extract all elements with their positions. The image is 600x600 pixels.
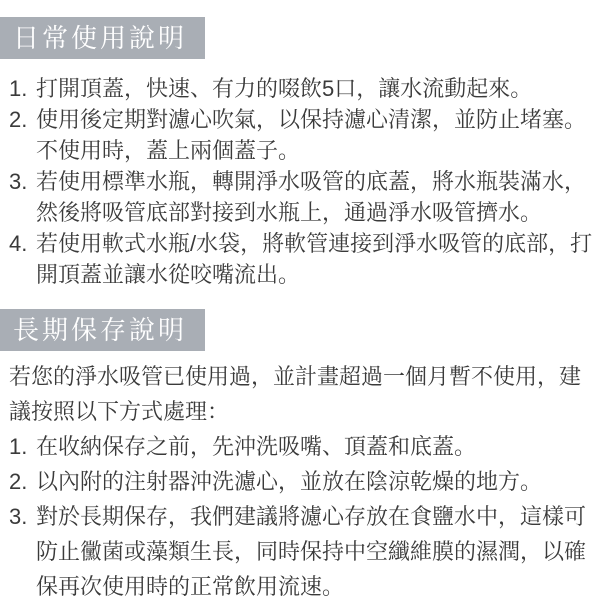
item-text-line: 打開頂蓋，快速、有力的啜飲5口，讓水流動起來。: [36, 73, 600, 104]
list-item: 1. 打開頂蓋，快速、有力的啜飲5口，讓水流動起來。: [0, 73, 600, 104]
intro-text-line: 議按照以下方式處理：: [9, 394, 600, 429]
item-text-line: 對於長期保存，我們建議將濾心存放在食鹽水中，這樣可: [36, 499, 600, 534]
section-title-daily-use: 日常使用說明: [0, 17, 205, 59]
section-daily-use: 日常使用說明 1. 打開頂蓋，快速、有力的啜飲5口，讓水流動起來。 2. 使用後…: [0, 17, 600, 290]
list-item: 2. 使用後定期對濾心吹氣，以保持濾心清潔，並防止堵塞。 不使用時，蓋上兩個蓋子…: [0, 104, 600, 166]
list-item: 1. 在收納保存之前，先沖洗吸嘴、頂蓋和底蓋。: [0, 429, 600, 464]
item-number: 2.: [9, 104, 36, 166]
item-number: 2.: [9, 464, 36, 499]
item-number: 4.: [9, 228, 36, 290]
item-number: 3.: [9, 166, 36, 228]
list-item: 3. 若使用標準水瓶，轉開淨水吸管的底蓋，將水瓶裝滿水， 然後將吸管底部對接到水…: [0, 166, 600, 228]
item-number: 1.: [9, 429, 36, 464]
instruction-sheet: 日常使用說明 1. 打開頂蓋，快速、有力的啜飲5口，讓水流動起來。 2. 使用後…: [0, 0, 600, 600]
list-item: 3. 對於長期保存，我們建議將濾心存放在食鹽水中，這樣可 防止黴菌或藻類生長，同…: [0, 499, 600, 600]
item-text-line: 在收納保存之前，先沖洗吸嘴、頂蓋和底蓋。: [36, 429, 600, 464]
item-text: 對於長期保存，我們建議將濾心存放在食鹽水中，這樣可 防止黴菌或藻類生長，同時保持…: [36, 499, 600, 600]
item-number: 1.: [9, 73, 36, 104]
item-text: 使用後定期對濾心吹氣，以保持濾心清潔，並防止堵塞。 不使用時，蓋上兩個蓋子。: [36, 104, 600, 166]
item-text: 若使用標準水瓶，轉開淨水吸管的底蓋，將水瓶裝滿水， 然後將吸管底部對接到水瓶上，…: [36, 166, 600, 228]
item-text-line: 保再次使用時的正常飲用流速。: [36, 569, 600, 600]
item-text: 在收納保存之前，先沖洗吸嘴、頂蓋和底蓋。: [36, 429, 600, 464]
item-text-line: 若使用軟式水瓶/水袋，將軟管連接到淨水吸管的底部，打: [36, 228, 600, 259]
item-text-line: 不使用時，蓋上兩個蓋子。: [36, 135, 600, 166]
item-text: 打開頂蓋，快速、有力的啜飲5口，讓水流動起來。: [36, 73, 600, 104]
daily-use-list: 1. 打開頂蓋，快速、有力的啜飲5口，讓水流動起來。 2. 使用後定期對濾心吹氣…: [0, 73, 600, 290]
item-text-line: 使用後定期對濾心吹氣，以保持濾心清潔，並防止堵塞。: [36, 104, 600, 135]
section-title-long-term-storage: 長期保存說明: [0, 309, 205, 351]
item-number: 3.: [9, 499, 36, 600]
list-item: 2. 以內附的注射器沖洗濾心，並放在陰涼乾燥的地方。: [0, 464, 600, 499]
item-text: 若使用軟式水瓶/水袋，將軟管連接到淨水吸管的底部，打 開頂蓋並讓水從咬嘴流出。: [36, 228, 600, 290]
section-long-term-storage: 長期保存說明 若您的淨水吸管已使用過，並計畫超過一個月暫不使用，建 議按照以下方…: [0, 309, 600, 600]
item-text-line: 開頂蓋並讓水從咬嘴流出。: [36, 259, 600, 290]
item-text-line: 防止黴菌或藻類生長，同時保持中空纖維膜的濕潤，以確: [36, 534, 600, 569]
item-text-line: 以內附的注射器沖洗濾心，並放在陰涼乾燥的地方。: [36, 464, 600, 499]
list-item: 4. 若使用軟式水瓶/水袋，將軟管連接到淨水吸管的底部，打 開頂蓋並讓水從咬嘴流…: [0, 228, 600, 290]
item-text: 以內附的注射器沖洗濾心，並放在陰涼乾燥的地方。: [36, 464, 600, 499]
storage-list: 1. 在收納保存之前，先沖洗吸嘴、頂蓋和底蓋。 2. 以內附的注射器沖洗濾心，並…: [0, 429, 600, 600]
item-text-line: 然後將吸管底部對接到水瓶上，通過淨水吸管擠水。: [36, 197, 600, 228]
item-text-line: 若使用標準水瓶，轉開淨水吸管的底蓋，將水瓶裝滿水，: [36, 166, 600, 197]
intro-text-line: 若您的淨水吸管已使用過，並計畫超過一個月暫不使用，建: [9, 359, 600, 394]
storage-intro-paragraph: 若您的淨水吸管已使用過，並計畫超過一個月暫不使用，建 議按照以下方式處理：: [0, 359, 600, 429]
